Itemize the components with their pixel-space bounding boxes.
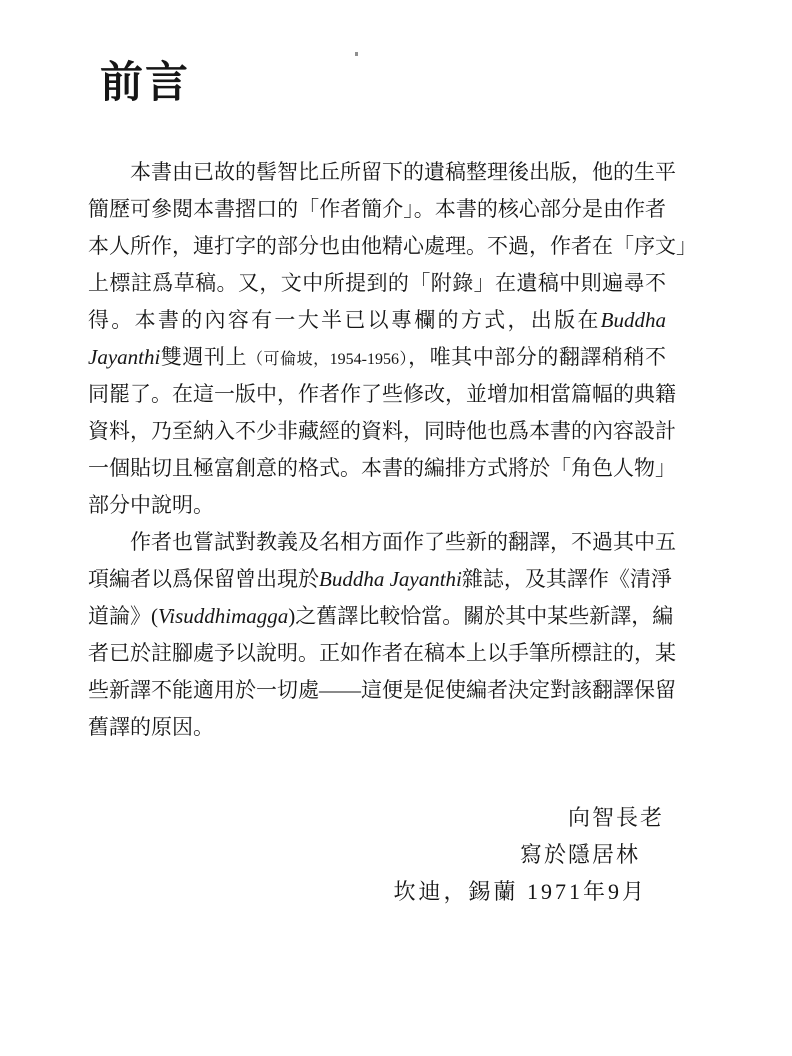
- text-segment-italic: Buddha: [601, 308, 666, 332]
- page: 前言 本書由已故的髻智比丘所留下的遺稿整理後出版，他的生平簡歷可參閱本書摺口的「…: [0, 0, 792, 1056]
- signature-block: 向智長老寫於隱居林坎迪，錫蘭 1971年9月: [88, 799, 666, 910]
- text-line: 一個貼切且極富創意的格式。本書的編排方式將於「角色人物」: [88, 450, 666, 487]
- text-segment: )之舊譯比較恰當。關於其中某些新譯，編: [288, 604, 673, 628]
- text-segment: 上標註爲草稿。又，文中所提到的「附錄」在遺稿中則遍尋不: [88, 271, 666, 295]
- text-line: 項編者以爲保留曾出現於Buddha Jayanthi雜誌，及其譯作《清淨: [88, 561, 666, 598]
- text-segment: ，唯其中部分的翻譯稍稍不: [408, 345, 666, 369]
- text-line: 作者也嘗試對教義及名相方面作了些新的翻譯，不過其中五: [88, 524, 666, 561]
- text-segment: 項編者以爲保留曾出現於: [88, 567, 319, 591]
- signature-line: 向智長老: [88, 799, 666, 836]
- text-segment: 者已於註腳處予以說明。正如作者在稿本上以手筆所標註的，某: [88, 641, 676, 665]
- text-line: 舊譯的原因。: [88, 709, 666, 746]
- text-segment: 資料，乃至納入不少非藏經的資料，同時他也爲本書的內容設計: [88, 419, 676, 443]
- text-line: 同罷了。在這一版中，作者作了些修改，並增加相當篇幅的典籍: [88, 376, 666, 413]
- text-segment: 簡歷可參閱本書摺口的「作者簡介」。本書的核心部分是由作者: [88, 197, 666, 221]
- text-segment: 本人所作，連打字的部分也由他精心處理。不過，作者在「序文」: [88, 234, 697, 258]
- text-segment: 道論》(: [88, 604, 158, 628]
- text-line: 資料，乃至納入不少非藏經的資料，同時他也爲本書的內容設計: [88, 413, 666, 450]
- text-line: 上標註爲草稿。又，文中所提到的「附錄」在遺稿中則遍尋不: [88, 265, 666, 302]
- text-segment: 部分中說明。: [88, 493, 214, 517]
- text-segment-italic: Buddha Jayanthi: [319, 567, 462, 591]
- text-line: 部分中說明。: [88, 487, 666, 524]
- signature-line: 寫於隱居林: [88, 836, 666, 873]
- text-line: 些新譯不能適用於一切處——這便是促使編者決定對該翻譯保留: [88, 672, 666, 709]
- text-segment: 些新譯不能適用於一切處——這便是促使編者決定對該翻譯保留: [88, 678, 676, 702]
- text-line: 道論》(Visuddhimagga)之舊譯比較恰當。關於其中某些新譯，編: [88, 598, 666, 635]
- text-segment: 雜誌，及其譯作《清淨: [462, 567, 672, 591]
- text-segment: 作者也嘗試對教義及名相方面作了些新的翻譯，不過其中五: [130, 530, 676, 554]
- text-line: 本書由已故的髻智比丘所留下的遺稿整理後出版，他的生平: [88, 154, 666, 191]
- preface-paragraph: 作者也嘗試對教義及名相方面作了些新的翻譯，不過其中五項編者以爲保留曾出現於Bud…: [88, 524, 666, 746]
- text-segment: 舊譯的原因。: [88, 715, 214, 739]
- text-segment-italic: Jayanthi: [88, 345, 160, 369]
- preface-paragraph: 本書由已故的髻智比丘所留下的遺稿整理後出版，他的生平簡歷可參閱本書摺口的「作者簡…: [88, 154, 666, 524]
- text-segment: 雙週刊上: [160, 345, 247, 369]
- text-segment-italic: Visuddhimagga: [158, 604, 288, 628]
- text-segment: 本書由已故的髻智比丘所留下的遺稿整理後出版，他的生平: [130, 160, 676, 184]
- text-segment-small: （可倫坡，1954-1956）: [247, 351, 408, 368]
- text-line: 者已於註腳處予以說明。正如作者在稿本上以手筆所標註的，某: [88, 635, 666, 672]
- text-segment: 同罷了。在這一版中，作者作了些修改，並增加相當篇幅的典籍: [88, 382, 676, 406]
- text-line: 簡歷可參閱本書摺口的「作者簡介」。本書的核心部分是由作者: [88, 191, 666, 228]
- text-line: 本人所作，連打字的部分也由他精心處理。不過，作者在「序文」: [88, 228, 666, 265]
- page-title: 前言: [100, 58, 190, 110]
- text-segment: 一個貼切且極富創意的格式。本書的編排方式將於「角色人物」: [88, 456, 676, 480]
- scan-speck-artifact: [355, 52, 358, 56]
- signature-line: 坎迪，錫蘭 1971年9月: [88, 873, 666, 910]
- text-line: 得。本書的內容有一大半已以專欄的方式，出版在Buddha: [88, 302, 666, 339]
- text-segment: 得。本書的內容有一大半已以專欄的方式，出版在: [88, 308, 601, 332]
- preface-body: 本書由已故的髻智比丘所留下的遺稿整理後出版，他的生平簡歷可參閱本書摺口的「作者簡…: [88, 154, 666, 746]
- text-line: Jayanthi雙週刊上（可倫坡，1954-1956），唯其中部分的翻譯稍稍不: [88, 339, 666, 376]
